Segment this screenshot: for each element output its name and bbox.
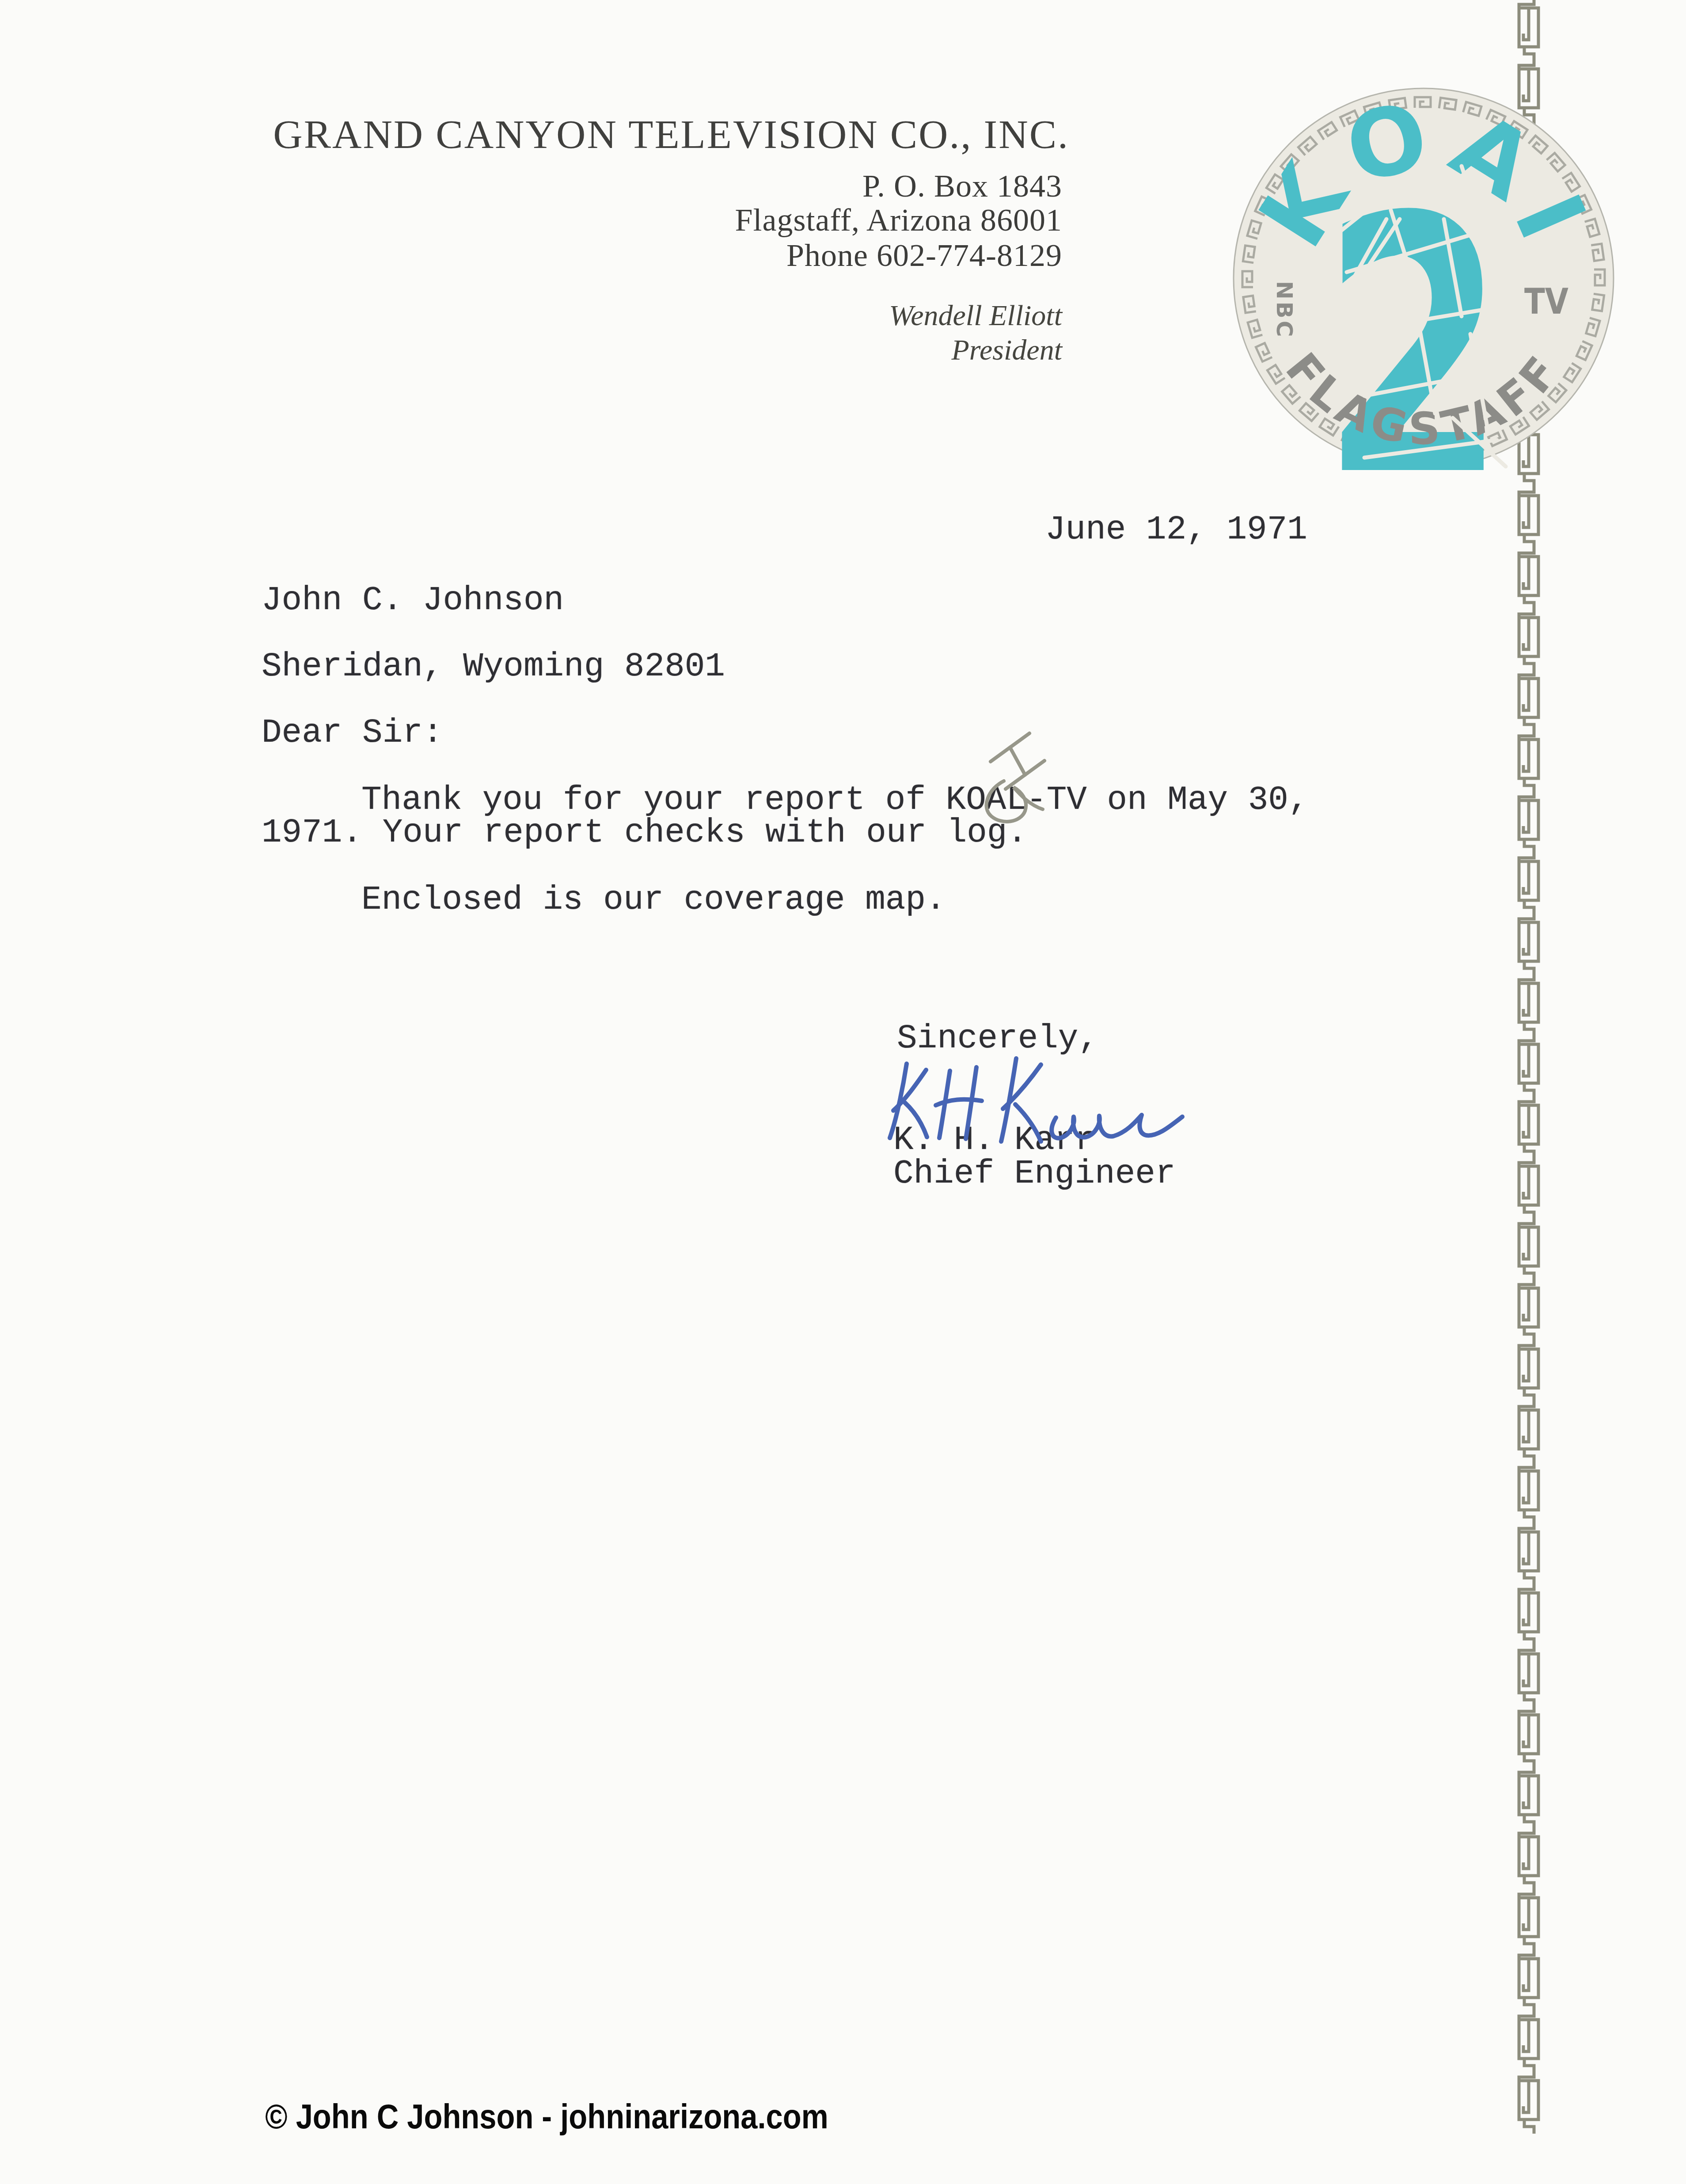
phone-line: Phone 602-774-8129 xyxy=(786,239,1062,271)
greek-key-tile xyxy=(1519,853,1538,914)
closing: Sincerely, xyxy=(897,1022,1098,1055)
recipient-city: Sheridan, Wyoming 82801 xyxy=(262,650,725,683)
greek-key-tile xyxy=(1519,2012,1538,2073)
body-line-3: Enclosed is our coverage map. xyxy=(361,883,946,917)
greek-key-tile xyxy=(1519,1829,1538,1890)
logo-tv-text: TV xyxy=(1524,281,1568,322)
greek-key-tile xyxy=(1519,1280,1538,1341)
handwritten-correction-mark xyxy=(977,730,1052,827)
station-logo: KOAI 2 NBC TV FLAGSTAFF xyxy=(1232,87,1615,470)
greek-key-tile xyxy=(1519,914,1538,975)
copyright-credit: © John C Johnson - johninarizona.com xyxy=(265,2099,828,2134)
greek-key-tile xyxy=(1519,671,1538,732)
greek-key-tile xyxy=(1519,549,1538,610)
greek-key-tile xyxy=(1519,1951,1538,2012)
city-state-line: Flagstaff, Arizona 86001 xyxy=(735,204,1062,236)
greek-key-tile xyxy=(1519,975,1538,1036)
greek-key-tile xyxy=(1519,1707,1538,1768)
po-box-line: P. O. Box 1843 xyxy=(862,170,1062,202)
greek-key-tile xyxy=(1519,732,1538,792)
letter-date: June 12, 1971 xyxy=(1045,513,1307,546)
body-line-2: 1971. Your report checks with our log. xyxy=(262,816,1027,849)
greek-key-tile xyxy=(1519,1097,1538,1158)
greek-key-tile xyxy=(1519,2073,1538,2134)
greek-key-tile xyxy=(1519,1158,1538,1219)
greek-key-tile xyxy=(1519,1402,1538,1463)
recipient-name: John C. Johnson xyxy=(262,584,564,617)
greek-key-tile xyxy=(1519,610,1538,671)
greek-key-tile xyxy=(1519,1463,1538,1524)
officer-name: Wendell Elliott xyxy=(889,301,1062,330)
greek-key-tile xyxy=(1519,1585,1538,1646)
body-line-1: Thank you for your report of KOAL-TV on … xyxy=(361,783,1309,817)
company-name: GRAND CANYON TELEVISION CO., INC. xyxy=(273,114,1069,155)
logo-network-nbc: NBC xyxy=(1272,281,1297,339)
greek-key-tile xyxy=(1519,1219,1538,1280)
signer-title: Chief Engineer xyxy=(893,1157,1176,1191)
greek-key-tile xyxy=(1519,1768,1538,1829)
signature xyxy=(884,1051,1228,1153)
greek-key-tile xyxy=(1519,1890,1538,1951)
greek-key-tile xyxy=(1519,1036,1538,1097)
officer-title: President xyxy=(952,336,1063,365)
letter-page: KOAI 2 NBC TV FLAGSTAFF xyxy=(0,0,1686,2184)
greek-key-tile xyxy=(1519,488,1538,549)
greek-key-tile xyxy=(1519,1646,1538,1707)
greek-key-tile xyxy=(1519,1341,1538,1402)
greek-key-tile xyxy=(1519,1524,1538,1585)
greek-key-tile xyxy=(1519,792,1538,853)
greek-key-tile xyxy=(1519,0,1538,61)
salutation: Dear Sir: xyxy=(262,716,443,750)
